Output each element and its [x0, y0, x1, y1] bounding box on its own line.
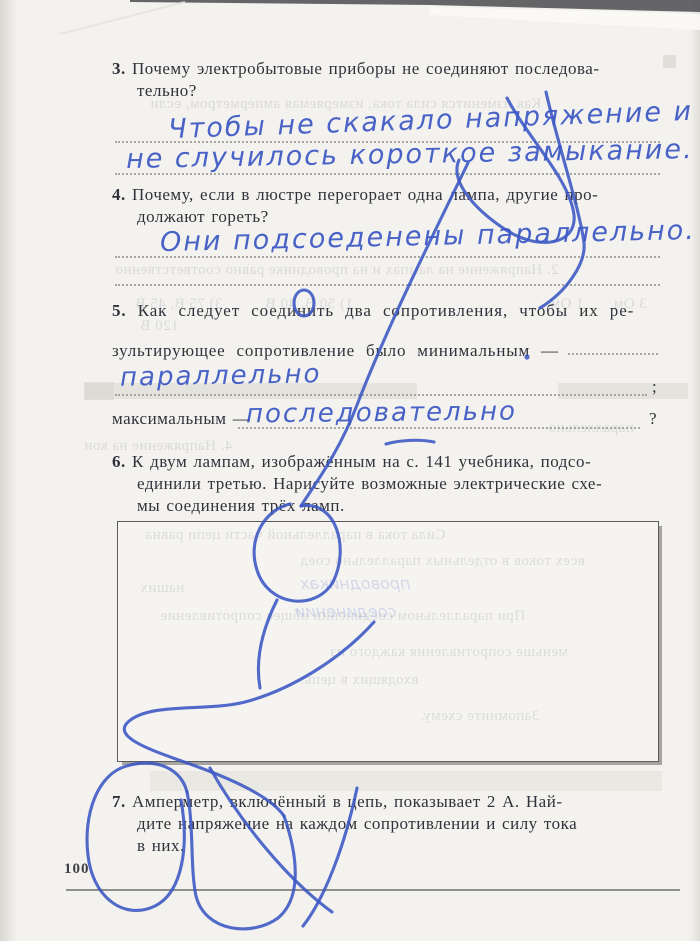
bleed-band [558, 383, 688, 399]
answer-line [115, 284, 660, 286]
bleed-band [150, 771, 662, 791]
question-3-text: Почему электробытовые приборы не соединя… [132, 59, 599, 78]
bleed-square-mark [663, 55, 676, 68]
bleedthrough-text: меньше сопротивления каждого из [330, 644, 568, 661]
question-3-line-1: 3. Почему электробытовые приборы не соед… [112, 58, 599, 79]
question-7-line-3: в них. [137, 835, 185, 856]
question-5-text: Как следует соединить два сопротивления,… [138, 301, 635, 320]
question-5-number: 5. [112, 301, 127, 320]
scan-top-edge [0, 0, 700, 40]
question-7-line-1: 7. Амперметр, включённый в цепь, показыв… [112, 791, 562, 812]
question-3-line-2: тельно? [137, 80, 197, 101]
question-6-number: 6. [112, 452, 126, 471]
answer-line [238, 427, 640, 429]
bleed-band-tab [84, 382, 114, 400]
bleedthrough-handwriting: соединении [295, 602, 396, 621]
handwritten-answer-5-max: последовательно [246, 397, 517, 430]
answer-line [115, 256, 660, 258]
bleedthrough-text: всех токов в отдельных параллельно соед [300, 553, 585, 570]
question-4-line-2: должают гореть? [137, 206, 269, 227]
question-7-line-2: дите напряжение на каждом сопротивлении … [137, 813, 577, 834]
bleedthrough-text: наших [140, 580, 184, 597]
question-4-line-1: 4. Почему, если в люстре перегорает одна… [112, 184, 598, 205]
punctuation-question-mark: ? [649, 408, 657, 429]
answer-line [568, 353, 658, 355]
question-4-number: 4. [112, 185, 126, 204]
question-7-text: Амперметр, включённый в цепь, показывает… [132, 792, 562, 811]
bleedthrough-text: Запомните схему. [420, 708, 539, 725]
scan-left-shadow [0, 0, 18, 941]
question-6-line-3: мы соединения трёх ламп. [137, 495, 345, 516]
question-5-line-1: 5. Как следует соединить два сопротивлен… [112, 300, 634, 321]
question-3-number: 3. [112, 59, 126, 78]
question-6-text: К двум лампам, изображённым на с. 141 уч… [132, 452, 591, 471]
question-7-number: 7. [112, 792, 126, 811]
bleedthrough-handwriting: проводниках [300, 574, 410, 593]
question-5-line-3: максимальным — [112, 408, 250, 429]
question-6-line-2: единили третью. Нарисуйте возможные элек… [137, 473, 602, 494]
punctuation-semicolon: ; [652, 376, 657, 397]
footer-rule [66, 889, 680, 891]
answer-line [115, 173, 660, 175]
question-5-line-2: зультирующее сопротивление было минималь… [112, 340, 559, 361]
page-number: 100 [64, 861, 90, 878]
question-4-text: Почему, если в люстре перегорает одна ла… [132, 185, 598, 204]
bleedthrough-text: 2. Напряжение на лампах и на проводнике … [115, 262, 559, 279]
bleedthrough-text: Сила тока в параллельной части цепи равн… [145, 527, 445, 544]
question-6-line-1: 6. К двум лампам, изображённым на с. 141… [112, 451, 591, 472]
bleedthrough-text: входящих в цепь. [300, 672, 419, 689]
workbook-page-scan: Как изменится сила тока, измеряемая ампе… [0, 0, 700, 941]
answer-line [115, 394, 647, 396]
handwritten-answer-5-min: параллельно [120, 359, 322, 393]
